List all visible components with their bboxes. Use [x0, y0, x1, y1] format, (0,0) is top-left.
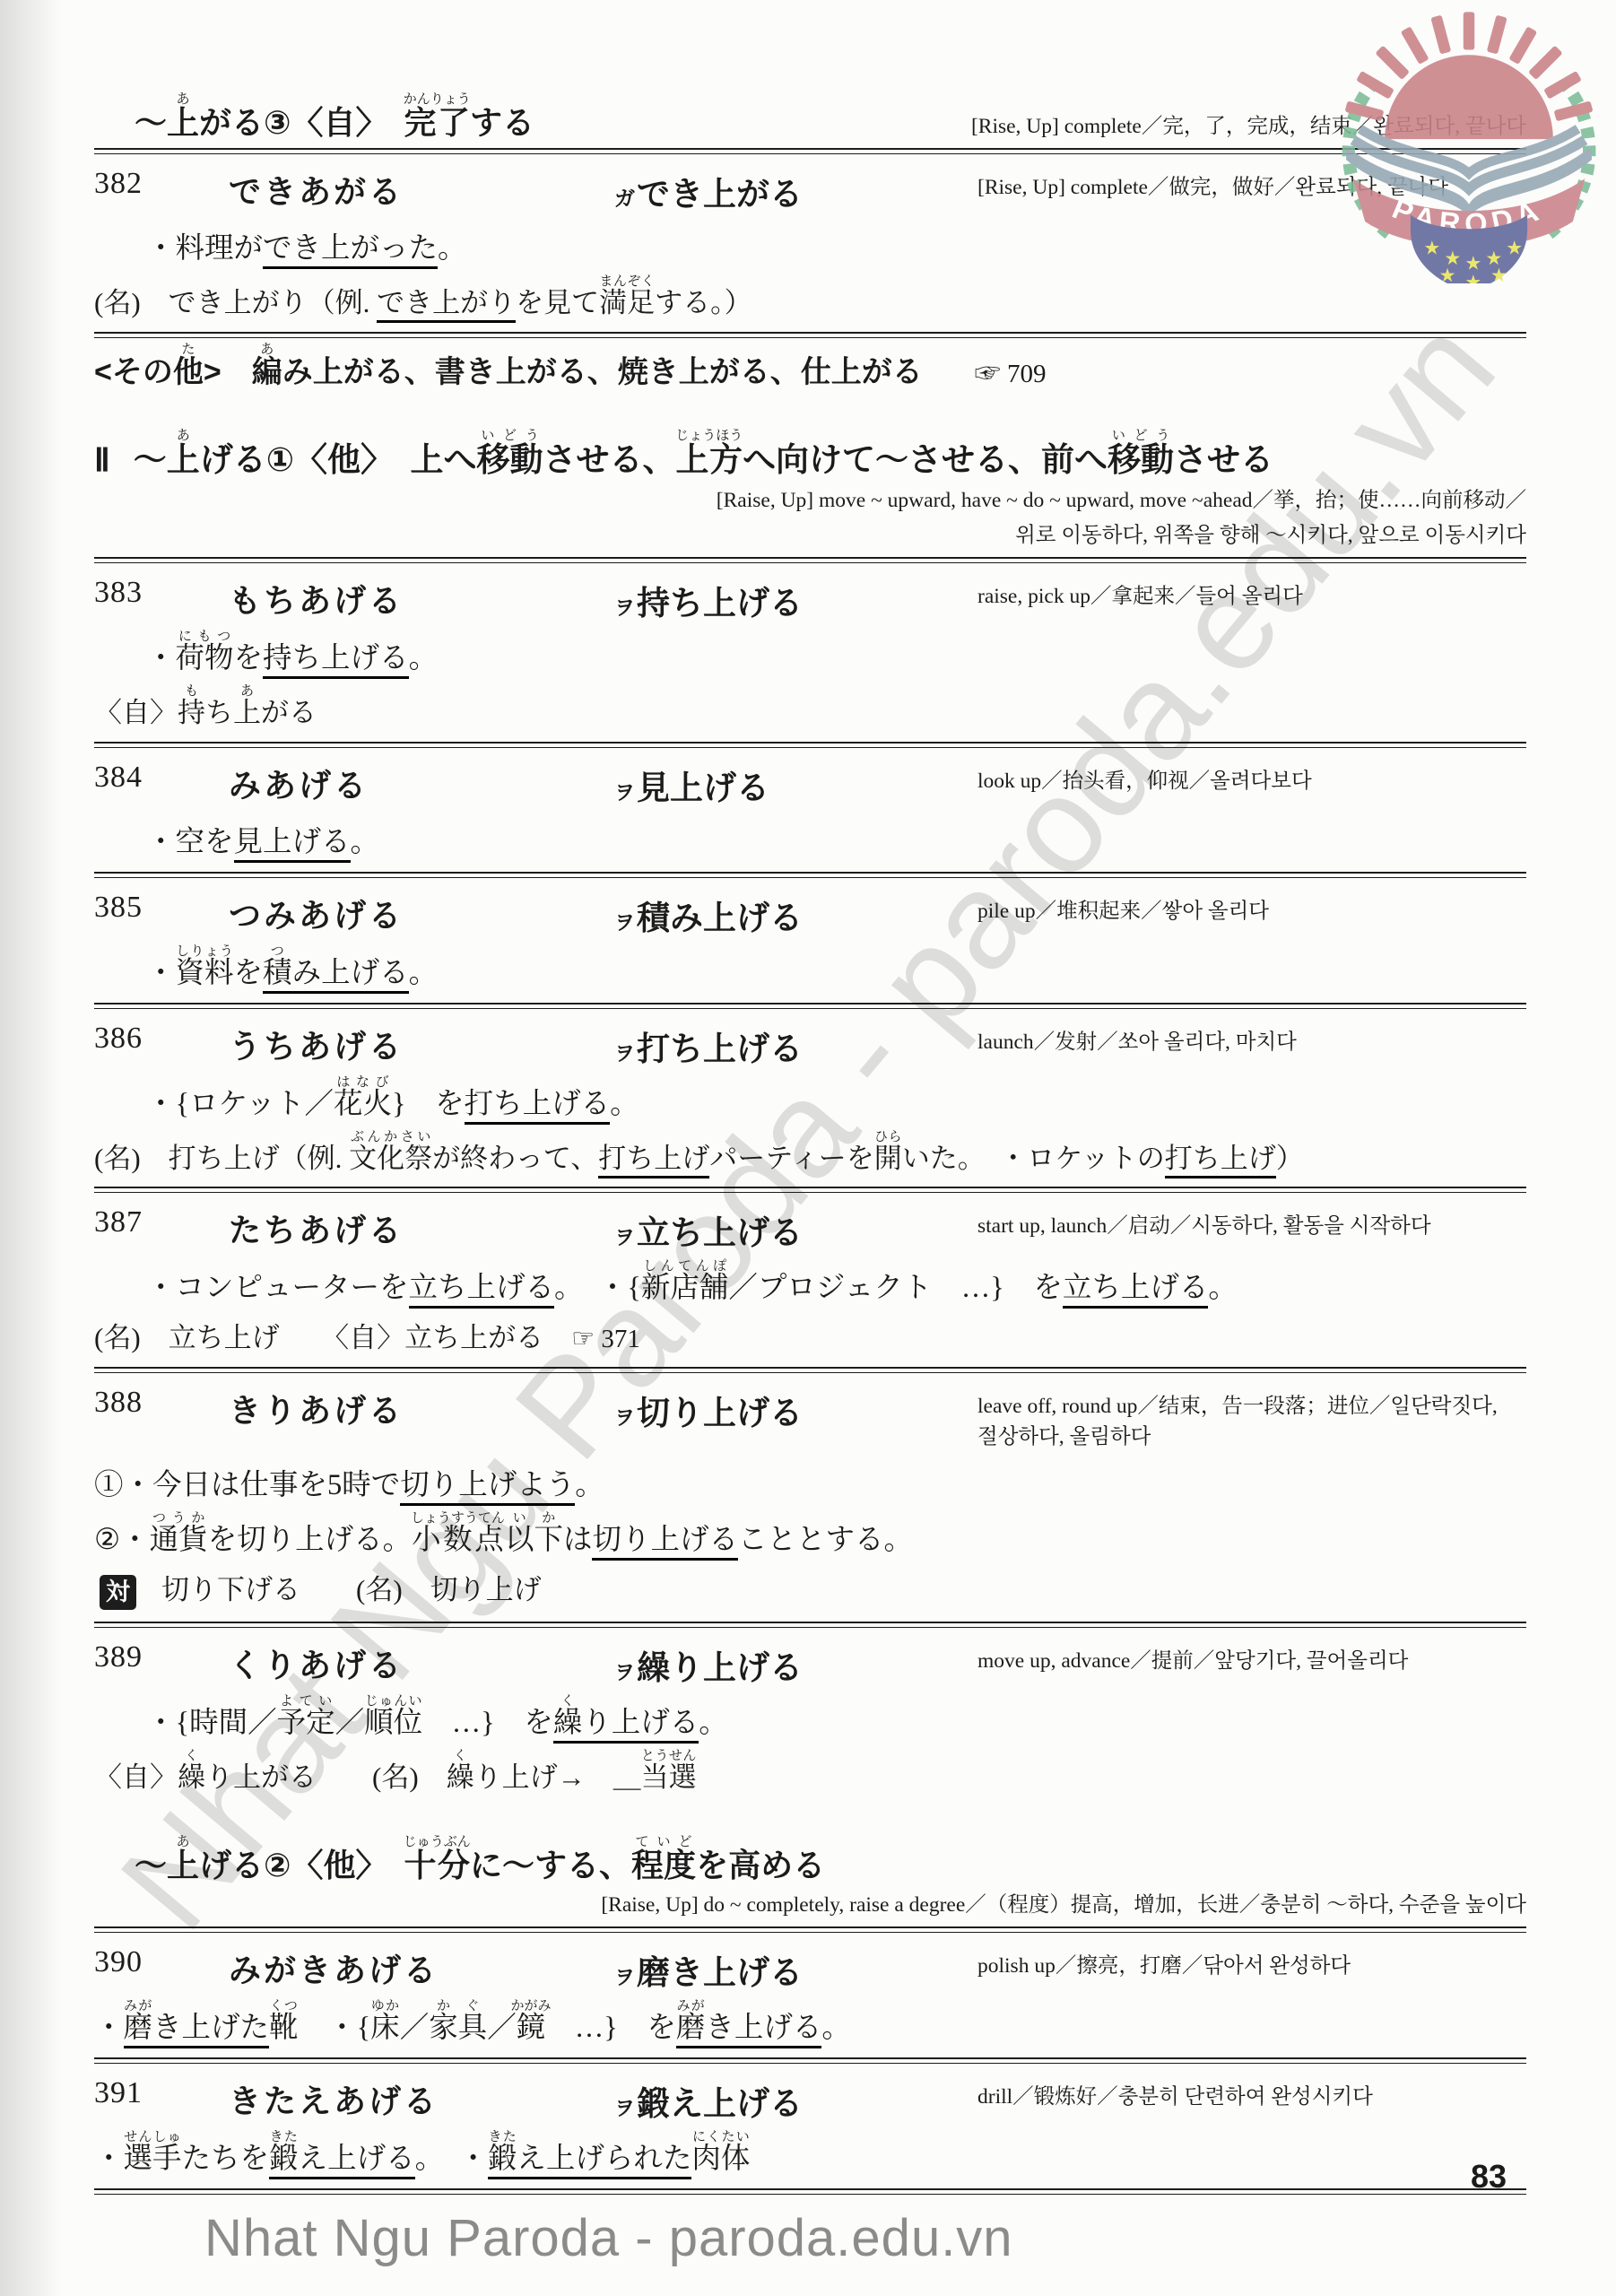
ruby-word: 程度ていど: [631, 1847, 696, 1883]
example-line: ・荷物にもつを持ち上げる。: [94, 630, 1526, 684]
note-line: 対切り下げる (名) 切り上げ: [94, 1566, 1526, 1618]
entry-translation: raise, pick up／拿起来／들어 올리다: [977, 576, 1522, 612]
section-roman-numeral: Ⅱ: [94, 442, 110, 478]
entry-row: 390みがきあげるヲ磨き上げるpolish up／擦亮，打磨／닦아서 완성하다: [94, 1936, 1526, 1999]
text-segment: げる①〈他〉 上へ: [200, 441, 477, 478]
text-segment: 切り下げる (名) 切り上げ: [161, 1574, 542, 1605]
entry-number: 390: [94, 1945, 229, 1979]
text-segment: パーティーを: [709, 1143, 874, 1174]
separator-line: [94, 1187, 1526, 1193]
text-segment: (名) でき上がり（例.: [94, 287, 377, 318]
separator-line: [94, 1367, 1526, 1373]
ruby-word: 花火はなび: [334, 1088, 392, 1120]
example-line: ・コンピューターを立ち上げる。 ・{新店舗しんてんぽ／プロジェクト …} を立ち…: [94, 1259, 1526, 1314]
textbook-page: Nhat Ngu Paroda - paroda.edu.vn 〜上あがる③〈自…: [0, 0, 1616, 2296]
text-segment: する: [470, 104, 534, 141]
example-line: ・{時間／予定よてい／順位じゅんい …} を繰くり上げる。: [94, 1694, 1526, 1749]
text-segment: え上げる: [299, 2143, 415, 2179]
text-segment: 切り上げる: [592, 1524, 738, 1561]
entry-headword: ヲ立ち上げる: [614, 1205, 977, 1254]
text-segment: に〜する、: [470, 1847, 631, 1883]
text-segment: ・: [146, 642, 176, 674]
text-segment: ☞ 709: [923, 360, 1047, 388]
text-segment: 打ち上げ: [1165, 1143, 1276, 1178]
text-segment: 切り上げよう: [400, 1469, 575, 1506]
page-number: 83: [1471, 2158, 1507, 2196]
text-segment: ／: [400, 2012, 430, 2044]
ruby-word: 移動いどう: [1108, 441, 1174, 478]
text-segment: 打ち上げ: [598, 1143, 709, 1178]
entry-number: 391: [94, 2076, 229, 2110]
text-segment: ち: [205, 697, 233, 728]
separator-line: [94, 332, 1526, 338]
text-segment: げる②〈他〉: [199, 1847, 404, 1883]
entry-kana: たちあげる: [229, 1205, 614, 1251]
entry-row: 386うちあげるヲ打ち上げるlaunch／发射／쏘아 올리다, 마치다: [94, 1013, 1526, 1075]
ruby-word: 床ゆか: [370, 2012, 400, 2044]
ruby-word: 完了かんりょう: [404, 104, 471, 141]
ruby-word: 通貨つうか: [150, 1524, 208, 1556]
ruby-word: 上あ: [167, 1847, 199, 1883]
text-segment: え上げられた: [517, 2143, 691, 2179]
entry-headword: ガでき上がる: [614, 167, 977, 215]
entry-translation: look up／抬头看，仰视／올려다보다: [977, 761, 1522, 796]
separator-line: [94, 1926, 1526, 1933]
text-segment: 立ち上げる: [1063, 1272, 1209, 1309]
entry-kana: もちあげる: [229, 576, 614, 622]
entry-kana: できあがる: [229, 167, 614, 213]
entry-row: 384みあげるヲ見上げるlook up／抬头看，仰视／올려다보다: [94, 752, 1526, 814]
example-line: ・選手せんしゅたちを鍛きたえ上げる。 ・鍛きたえ上げられた肉体にくたい: [94, 2130, 1526, 2185]
note-line: (名) 立ち上げ 〈自〉立ち上がる ☞ 371: [94, 1314, 1526, 1363]
text-segment: り上げ→ ＿: [474, 1761, 641, 1793]
entry-headword: ヲ切り上げる: [614, 1386, 977, 1434]
separator-line: [94, 2188, 1526, 2195]
section-translation-line: [Raise, Up] move ~ upward, have ~ do ~ u…: [94, 483, 1526, 518]
case-particle: ヲ: [614, 596, 635, 619]
example-line: ・磨みがき上げた靴くつ ・{床ゆか／家具かぐ／鏡かがみ …} を磨みがき上げる。: [94, 1999, 1526, 2054]
text-segment: 持ち上げる: [263, 642, 409, 679]
ruby-word: 鍛きた: [488, 2143, 517, 2179]
ruby-word: 編あ: [252, 355, 282, 389]
text-segment: 。: [1208, 1272, 1238, 1304]
text-segment: 。: [699, 1707, 728, 1739]
ruby-word: 磨みが: [676, 2012, 706, 2048]
text-segment: り上がる (名): [205, 1761, 447, 1793]
entry-number: 389: [94, 1640, 229, 1674]
ruby-word: 家具かぐ: [429, 2012, 487, 2044]
text-segment: ②・: [94, 1524, 150, 1556]
text-segment: き上げた: [152, 2012, 269, 2048]
ruby-word: 上方じょうほう: [676, 441, 743, 478]
entry-number: 383: [94, 576, 229, 610]
text-segment: 〈自〉: [94, 1761, 178, 1793]
entry-headword: ヲ持ち上げる: [614, 576, 977, 624]
spacer: [94, 1802, 1526, 1829]
example-line: ②・通貨つうかを切り上げる。小数点しょうすうてん以下いかは切り上げることとする。: [94, 1511, 1526, 1566]
dictionary-content: 〜上あがる③〈自〉 完了かんりょうする[Rise, Up] complete／完…: [94, 86, 1526, 2198]
entry-translation: start up, launch／启动／시동하다, 활동을 시작하다: [977, 1205, 1522, 1241]
entry-headword: ヲ繰り上げる: [614, 1640, 977, 1689]
ruby-word: 小数点しょうすうてん: [412, 1524, 505, 1556]
ruby-word: 開ひら: [874, 1143, 902, 1174]
ruby-word: 選手せんしゅ: [124, 2143, 182, 2175]
ruby-word: 順位じゅんい: [364, 1707, 422, 1739]
ruby-word: 予定よてい: [277, 1707, 335, 1739]
example-line: ・資料しりょうを積つみ上げる。: [94, 944, 1526, 999]
text-segment: 見上げる: [637, 770, 769, 806]
ruby-word: 磨みが: [124, 2012, 153, 2048]
separator-line: [94, 872, 1526, 878]
text-segment: 磨き上げる: [637, 1954, 803, 1991]
entry-headword: ヲ磨き上げる: [614, 1945, 977, 1994]
logo-sun-icon: [1385, 55, 1553, 139]
text-segment: 。: [438, 232, 467, 265]
example-line: ・{ロケット／花火はなび} を打ち上げる。: [94, 1075, 1526, 1130]
text-segment: ／プロジェクト …} を: [728, 1272, 1062, 1304]
case-particle: ヲ: [614, 910, 635, 934]
text-segment: …} を: [422, 1707, 553, 1739]
text-segment: 積み上げる: [637, 900, 803, 936]
ruby-word: 他た: [173, 355, 204, 389]
text-segment: 〜: [134, 441, 167, 478]
antonym-badge: 対: [100, 1575, 136, 1610]
case-particle: ヲ: [614, 780, 635, 804]
text-segment: (名) 立ち上げ 〈自〉立ち上がる: [94, 1322, 571, 1353]
separator-line: [94, 148, 1526, 154]
text-segment: <その: [94, 355, 173, 389]
section-header: Ⅱ〜上あげる①〈他〉 上へ移動いどうさせる、上方じょうほうへ向けて〜させる、前へ…: [94, 422, 1526, 483]
entry-number: 384: [94, 761, 229, 795]
text-segment: こととする。: [738, 1524, 913, 1556]
text-segment: 。: [409, 957, 439, 989]
ruby-word: 靴くつ: [269, 2012, 299, 2044]
example-line: ①・今日は仕事を5時で切り上げよう。: [94, 1457, 1526, 1511]
ruby-word: 十分じゅうぶん: [404, 1847, 471, 1883]
text-segment: 。: [409, 642, 439, 674]
ruby-word: 持も: [178, 697, 205, 728]
text-segment: ・空を: [146, 826, 234, 858]
entry-row: 383もちあげるヲ持ち上げるraise, pick up／拿起来／들어 올리다: [94, 567, 1526, 630]
ruby-word: 繰く: [178, 1761, 205, 1793]
entry-number: 385: [94, 891, 229, 925]
ruby-word: 上あ: [167, 104, 199, 141]
paroda-logo: PARODA ★★★ ★★ ★★★: [1327, 0, 1611, 283]
entry-number: 382: [94, 167, 229, 201]
ruby-word: 当選とうせん: [641, 1761, 697, 1793]
text-segment: ・{時間／: [146, 1707, 277, 1739]
text-segment: 。 ・: [415, 2143, 488, 2175]
section-header: 〜上あげる②〈他〉 十分じゅうぶんに〜する、程度ていどを高める: [94, 1829, 1526, 1887]
ruby-word: 肉体にくたい: [691, 2143, 750, 2175]
entry-row: 385つみあげるヲ積み上げるpile up／堆积起来／쌓아 올리다: [94, 882, 1526, 944]
entry-translation: leave off, round up／结束，告一段落；进位／일단락짓다, 절상…: [977, 1386, 1522, 1452]
ruby-word: 繰く: [447, 1761, 474, 1793]
text-segment: でき上がり: [377, 287, 516, 323]
ruby-word: 以下いか: [505, 1524, 563, 1556]
ruby-word: 積つ: [263, 957, 292, 994]
text-segment: 繰り上げる: [637, 1649, 803, 1686]
text-segment: いた。 ・ロケットの: [902, 1143, 1165, 1174]
example-line: ・料理ができ上がった。: [94, 221, 1526, 274]
text-segment: する。）: [655, 287, 752, 318]
ruby-word: 満足まんぞく: [599, 287, 655, 318]
text-segment: ①・今日は仕事を5時で: [94, 1469, 400, 1501]
entry-translation: launch／发射／쏘아 올리다, 마치다: [977, 1022, 1522, 1057]
text-segment: を: [234, 642, 264, 674]
svg-text:★: ★: [1423, 236, 1440, 258]
case-particle: ヲ: [614, 1965, 635, 1988]
text-segment: 。 ・{: [554, 1272, 641, 1304]
entry-row: 388きりあげるヲ切り上げるleave off, round up／结束，告一段…: [94, 1377, 1526, 1457]
entry-row: 389くりあげるヲ繰り上げるmove up, advance／提前／앞당기다, …: [94, 1631, 1526, 1694]
separator-line: [94, 2057, 1526, 2064]
svg-text:★: ★: [1506, 236, 1523, 258]
text-segment: を高める: [696, 1847, 825, 1883]
section-title: 〜上あげる②〈他〉 十分じゅうぶんに〜する、程度ていどを高める: [94, 1834, 825, 1883]
ruby-word: 繰く: [553, 1707, 583, 1744]
note-line: 〈自〉持もち上あがる: [94, 684, 1526, 737]
entry-headword: ヲ鍛え上げる: [614, 2076, 977, 2125]
text-segment: ・: [94, 2143, 124, 2175]
entry-kana: みあげる: [229, 761, 614, 806]
text-segment: } を: [392, 1088, 465, 1120]
ruby-word: 鍛きた: [269, 2143, 299, 2179]
case-particle: ヲ: [614, 1225, 635, 1248]
case-particle: ヲ: [614, 1660, 635, 1683]
text-segment: み上げる: [292, 957, 409, 994]
case-particle: ガ: [614, 187, 635, 210]
note-line: <その他た> 編あみ上がる、書き上がる、焼き上がる、仕上がる ☞ 709: [94, 342, 1526, 400]
text-segment: 〜: [135, 104, 167, 141]
text-segment: 。: [575, 1469, 604, 1501]
entry-row: 391きたえあげるヲ鍛え上げるdrill／锻炼好／충분히 단련하여 완성시키다: [94, 2067, 1526, 2130]
section-translation-line: 위로 이동하다, 위쪽을 향해 〜시키다, 앞으로 이동시키다: [94, 518, 1526, 553]
text-segment: ・コンピューターを: [146, 1272, 409, 1304]
text-segment: >: [204, 355, 252, 389]
separator-line: [94, 742, 1526, 748]
text-segment: き上げる: [705, 2012, 821, 2048]
ruby-word: 荷物にもつ: [176, 642, 234, 674]
text-segment: 見上げる: [234, 826, 351, 863]
svg-text:★: ★: [1490, 264, 1507, 283]
entry-kana: つみあげる: [229, 891, 614, 936]
separator-line: [94, 557, 1526, 563]
entry-number: 386: [94, 1022, 229, 1056]
entry-headword: ヲ見上げる: [614, 761, 977, 809]
text-segment: を見て: [516, 287, 599, 318]
text-segment: ・: [94, 2012, 124, 2044]
svg-text:★: ★: [1464, 271, 1481, 283]
text-segment: (名) 打ち上げ（例.: [94, 1143, 349, 1174]
entry-headword: ヲ打ち上げる: [614, 1022, 977, 1070]
entry-headword: ヲ積み上げる: [614, 891, 977, 939]
text-segment: り上げる: [582, 1707, 699, 1744]
text-segment: を切り上げる。: [208, 1524, 413, 1556]
entry-number: 388: [94, 1386, 229, 1420]
example-line: ・空を見上げる。: [94, 814, 1526, 868]
footer-watermark: Nhat Ngu Paroda - paroda.edu.vn: [204, 2208, 1013, 2268]
entry-kana: きりあげる: [229, 1386, 614, 1431]
text-segment: へ向けて〜させる、前へ: [743, 441, 1108, 478]
text-segment: ／: [335, 1707, 365, 1739]
separator-line: [94, 1003, 1526, 1009]
section-title: 〜上あがる③〈自〉 完了かんりょうする: [94, 91, 534, 141]
text-segment: させる: [1174, 441, 1273, 478]
note-line: 〈自〉繰くり上がる (名) 繰くり上げ→ ＿当選とうせん: [94, 1749, 1526, 1802]
text-segment: ・: [146, 957, 176, 989]
text-segment: ）: [1276, 1143, 1304, 1174]
text-segment: ☞ 371: [571, 1325, 640, 1353]
ruby-word: 資料しりょう: [176, 957, 234, 989]
svg-text:★: ★: [1439, 264, 1456, 283]
entry-translation: pile up／堆积起来／쌓아 올리다: [977, 891, 1522, 926]
ruby-word: 鏡かがみ: [517, 2012, 546, 2044]
note-line: (名) 打ち上げ（例. 文化祭ぶんかさいが終わって、打ち上げパーティーを開ひらい…: [94, 1130, 1526, 1183]
text-segment: がる: [261, 697, 317, 728]
entry-translation: drill／锻炼好／충분히 단련하여 완성시키다: [977, 2076, 1522, 2112]
separator-line: [94, 1622, 1526, 1628]
text-segment: ・料理が: [146, 232, 263, 265]
section-title: Ⅱ〜上あげる①〈他〉 上へ移動いどうさせる、上方じょうほうへ向けて〜させる、前へ…: [94, 428, 1273, 480]
entry-translation: polish up／擦亮，打磨／닦아서 완성하다: [977, 1945, 1522, 1981]
text-segment: ・{ロケット／: [146, 1088, 334, 1120]
entry-row: 387たちあげるヲ立ち上げるstart up, launch／启动／시동하다, …: [94, 1196, 1526, 1259]
text-segment: させる、: [543, 441, 676, 478]
text-segment: 〜: [135, 1847, 167, 1883]
section-header: 〜上あがる③〈自〉 完了かんりょうする[Rise, Up] complete／完…: [94, 86, 1526, 144]
text-segment: がる③〈自〉: [199, 104, 404, 141]
entry-kana: くりあげる: [229, 1640, 614, 1686]
spacer: [94, 399, 1526, 422]
entry-kana: みがきあげる: [229, 1945, 614, 1991]
text-segment: 。: [610, 1088, 639, 1120]
text-segment: でき上がる: [637, 176, 803, 213]
text-segment: を: [234, 957, 264, 989]
entry-kana: きたえあげる: [229, 2076, 614, 2122]
text-segment: は: [563, 1524, 593, 1556]
text-segment: ・{: [299, 2012, 371, 2044]
text-segment: 打ち上げる: [637, 1031, 803, 1067]
ruby-word: 文化祭ぶんかさい: [349, 1143, 432, 1174]
text-segment: 。: [821, 2012, 851, 2044]
entry-row: 382できあがるガでき上がる[Rise, Up] complete／做完，做好／…: [94, 158, 1526, 221]
entry-kana: うちあげる: [229, 1022, 614, 1067]
section-translation-line: [Raise, Up] do ~ completely, raise a deg…: [94, 1888, 1526, 1923]
text-segment: でき上がった: [263, 232, 438, 269]
text-segment: 。: [351, 826, 380, 858]
text-segment: 立ち上げる: [409, 1272, 555, 1309]
text-segment: 打ち上げる: [465, 1088, 611, 1125]
text-segment: み上がる、書き上がる、焼き上がる、仕上がる: [282, 355, 923, 389]
ruby-word: 新店舗しんてんぽ: [641, 1272, 729, 1304]
text-segment: 鍛え上げる: [637, 2085, 803, 2122]
case-particle: ヲ: [614, 2096, 635, 2119]
note-line: (名) でき上がり（例. でき上がりを見て満足まんぞくする。）: [94, 274, 1526, 327]
case-particle: ヲ: [614, 1405, 635, 1429]
text-segment: が終わって、: [432, 1143, 598, 1174]
entry-number: 387: [94, 1205, 229, 1239]
text-segment: 立ち上げる: [637, 1214, 803, 1251]
ruby-word: 上あ: [233, 697, 261, 728]
text-segment: たちを: [182, 2143, 270, 2175]
entry-translation: move up, advance／提前／앞당기다, 끌어올리다: [977, 1640, 1522, 1676]
ruby-word: 移動いどう: [477, 441, 543, 478]
case-particle: ヲ: [614, 1041, 635, 1065]
ruby-word: 上あ: [167, 441, 200, 478]
text-segment: …} を: [545, 2012, 676, 2044]
text-segment: 〈自〉: [94, 697, 178, 728]
text-segment: 切り上げる: [637, 1395, 803, 1431]
text-segment: 持ち上げる: [637, 585, 803, 622]
